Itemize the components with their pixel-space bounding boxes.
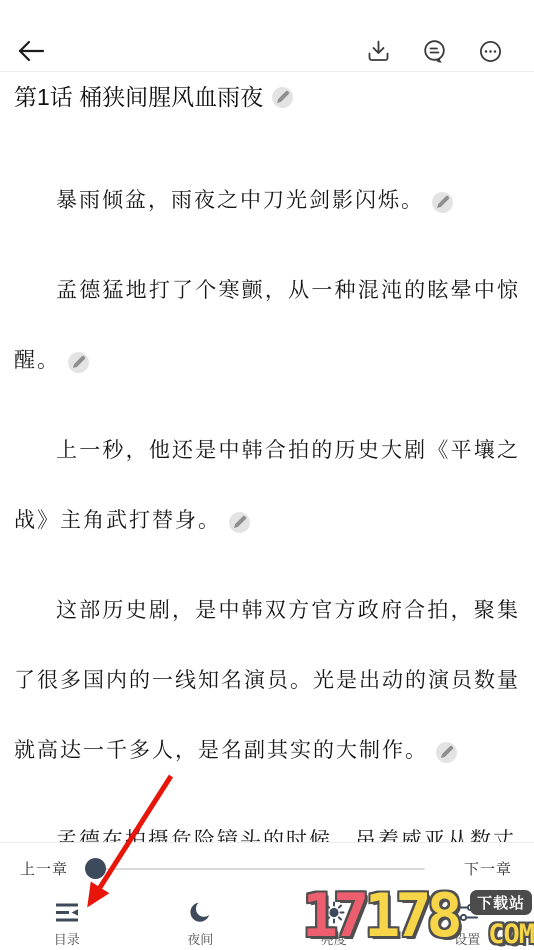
menu-item-label: 夜间 <box>187 929 213 948</box>
download-icon <box>365 38 392 65</box>
paragraph: 孟德猛地打了个寒颤，从一种混沌的眩晕中惊醒。 <box>14 256 520 396</box>
menu-item-label: 设置 <box>454 929 480 948</box>
paragraph-note-icon[interactable] <box>229 512 250 533</box>
menu-item-brightness[interactable]: 亮度 <box>267 895 401 950</box>
paragraph-note-icon[interactable] <box>432 192 453 213</box>
back-arrow-icon <box>16 37 46 65</box>
menu-item-label: 亮度 <box>321 929 347 948</box>
chapter-progress-row: 上一章 下一章 <box>0 843 534 895</box>
chapter-title: 第1话 桶狭间腥风血雨夜 <box>14 81 520 114</box>
menu-item-toc[interactable]: 目录 <box>0 895 134 950</box>
download-button[interactable] <box>365 38 392 65</box>
toc-icon <box>54 900 80 925</box>
top-toolbar <box>0 0 534 72</box>
brightness-icon <box>321 900 347 925</box>
menu-item-label: 目录 <box>54 929 80 948</box>
more-button[interactable] <box>477 38 504 65</box>
paragraph-note-icon[interactable] <box>68 352 89 373</box>
paragraph: 这部历史剧，是中韩双方官方政府合拍，聚集了很多国内的一线知名演员。光是出动的演员… <box>14 576 520 786</box>
paragraph-note-icon[interactable] <box>272 87 293 108</box>
comment-bubble-icon <box>421 38 448 65</box>
menu-item-settings[interactable]: 设置 <box>401 895 534 950</box>
paragraph-text: 这部历史剧，是中韩双方官方政府合拍，聚集了很多国内的一线知名演员。光是出动的演员… <box>14 599 520 762</box>
prev-chapter-button[interactable]: 上一章 <box>20 858 68 879</box>
paragraph: 上一秒，他还是中韩合拍的历史大剧《平壤之战》主角武打替身。 <box>14 416 520 556</box>
settings-icon <box>454 900 480 925</box>
progress-thumb[interactable] <box>85 858 106 879</box>
next-chapter-button[interactable]: 下一章 <box>464 858 512 879</box>
back-button[interactable] <box>16 37 46 65</box>
paragraph-note-icon[interactable] <box>436 742 457 763</box>
paragraph-text: 孟德猛地打了个寒颤，从一种混沌的眩晕中惊醒。 <box>14 279 520 372</box>
reader-menu: 目录 夜间 亮度 <box>0 895 534 950</box>
comments-button[interactable] <box>421 38 448 65</box>
paragraph: 暴雨倾盆，雨夜之中刀光剑影闪烁。 <box>14 166 520 236</box>
reader-bottom-bar: 上一章 下一章 目录 <box>0 842 534 950</box>
progress-track[interactable] <box>102 868 425 870</box>
reader-screen: 第1话 桶狭间腥风血雨夜 暴雨倾盆，雨夜之中刀光剑影闪烁。 孟德猛地打了个寒颤，… <box>0 0 534 950</box>
chapter-title-text: 第1话 桶狭间腥风血雨夜 <box>14 81 263 114</box>
chapter-content: 第1话 桶狭间腥风血雨夜 暴雨倾盆，雨夜之中刀光剑影闪烁。 孟德猛地打了个寒颤，… <box>0 72 534 950</box>
paragraph-text: 暴雨倾盆，雨夜之中刀光剑影闪烁。 <box>56 189 424 212</box>
more-ellipsis-icon <box>477 38 504 65</box>
night-mode-icon <box>187 900 213 925</box>
paragraph-text: 上一秒，他还是中韩合拍的历史大剧《平壤之战》主角武打替身。 <box>14 439 520 532</box>
menu-item-night-mode[interactable]: 夜间 <box>134 895 268 950</box>
toolbar-actions <box>365 38 504 65</box>
